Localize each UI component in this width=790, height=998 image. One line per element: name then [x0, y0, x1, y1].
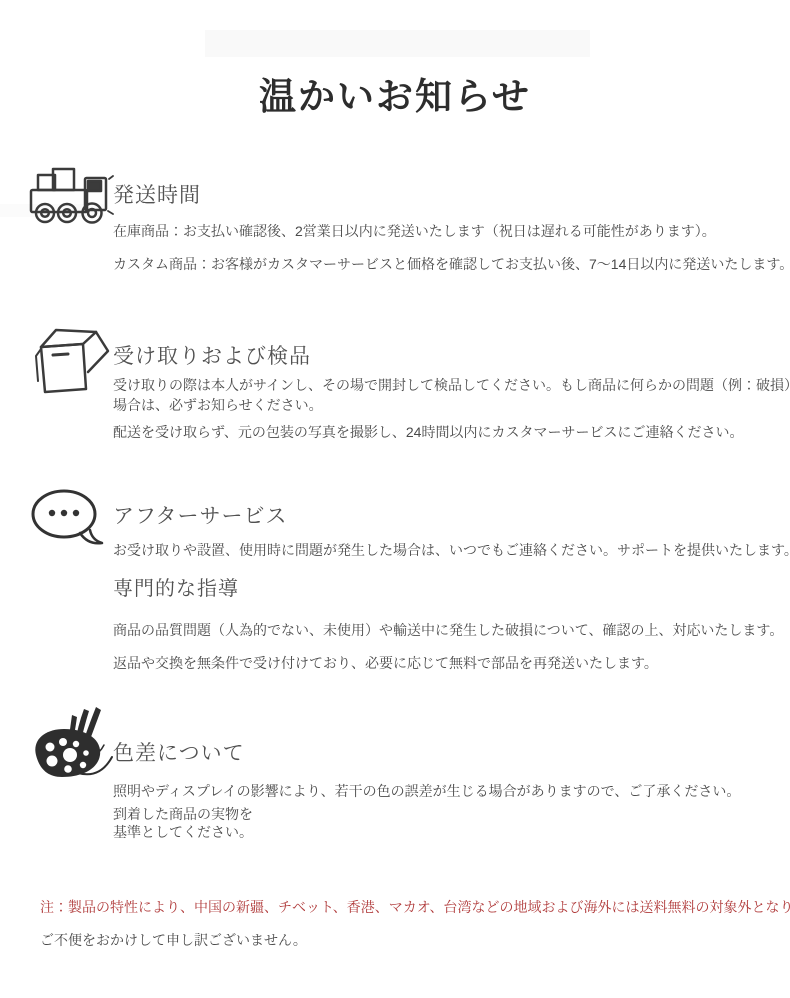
quality-issue-text: 商品の品質問題（人為的でない、未使用）や輸送中に発生した破損について、確認の上、…	[113, 620, 780, 640]
delivery-truck-icon	[28, 166, 116, 226]
chat-bubble-icon	[28, 487, 108, 549]
faint-background-band	[205, 30, 590, 57]
section-heading-receiving: 受け取りおよび検品	[113, 343, 780, 371]
section-heading-color-difference: 色差について	[113, 740, 780, 768]
shipping-stock-text: 在庫商品：お支払い確認後、2営業日以内に発送いたします（祝日は遅れる可能性があり…	[113, 221, 780, 241]
return-exchange-text: 返品や交換を無条件で受け付けており、必要に応じて無料で部品を再発送いたします。	[113, 653, 780, 673]
warm-notice-page: { "page": { "title": "温かいお知らせ" }, "color…	[0, 0, 790, 998]
color-difference-text: 照明やディスプレイの影響により、若干の色の誤差が生じる場合がありますので、ご了承…	[113, 781, 780, 801]
after-service-contact-text: お受け取りや設置、使用時に問題が発生した場合は、いつでもご連絡ください。サポート…	[113, 540, 780, 560]
receiving-contact-text: 配送を受け取らず、元の包装の写真を撮影し、24時間以内にカスタマーサービスにご連…	[113, 422, 780, 442]
paint-palette-icon	[28, 703, 116, 781]
subheading-professional-guidance: 専門的な指導	[113, 576, 780, 602]
section-receiving-inspection: 受け取りおよび検品 受け取りの際は本人がサインし、その場で開封して検品してくださ…	[0, 343, 790, 442]
section-color-difference: 色差について 照明やディスプレイの影響により、若干の色の誤差が生じる場合がありま…	[0, 740, 790, 841]
page-title: 温かいお知らせ	[0, 75, 790, 119]
section-after-service: アフターサービス お受け取りや設置、使用時に問題が発生した場合は、いつでもご連絡…	[0, 503, 790, 673]
section-heading-after-service: アフターサービス	[113, 503, 780, 531]
shipping-exclusion-note: 注：製品の特性により、中国の新疆、チベット、香港、マカオ、台湾などの地域および海…	[40, 897, 790, 917]
actual-product-standard-text: 到着した商品の実物を 基準としてください。	[113, 805, 780, 841]
carton-box-icon	[28, 323, 113, 401]
section-shipping-time: 発送時間 在庫商品：お支払い確認後、2営業日以内に発送いたします（祝日は遅れる可…	[0, 182, 790, 274]
footer-notes: 注：製品の特性により、中国の新疆、チベット、香港、マカオ、台湾などの地域および海…	[0, 897, 790, 950]
apology-text: ご不便をおかけして申し訳ございません。	[40, 930, 790, 950]
shipping-custom-text: カスタム商品：お客様がカスタマーサービスと価格を確認してお支払い後、7～14日以…	[113, 254, 780, 274]
receiving-sign-text: 受け取りの際は本人がサインし、その場で開封して検品してください。もし商品に何らか…	[113, 375, 780, 415]
section-heading-shipping: 発送時間	[113, 182, 780, 210]
